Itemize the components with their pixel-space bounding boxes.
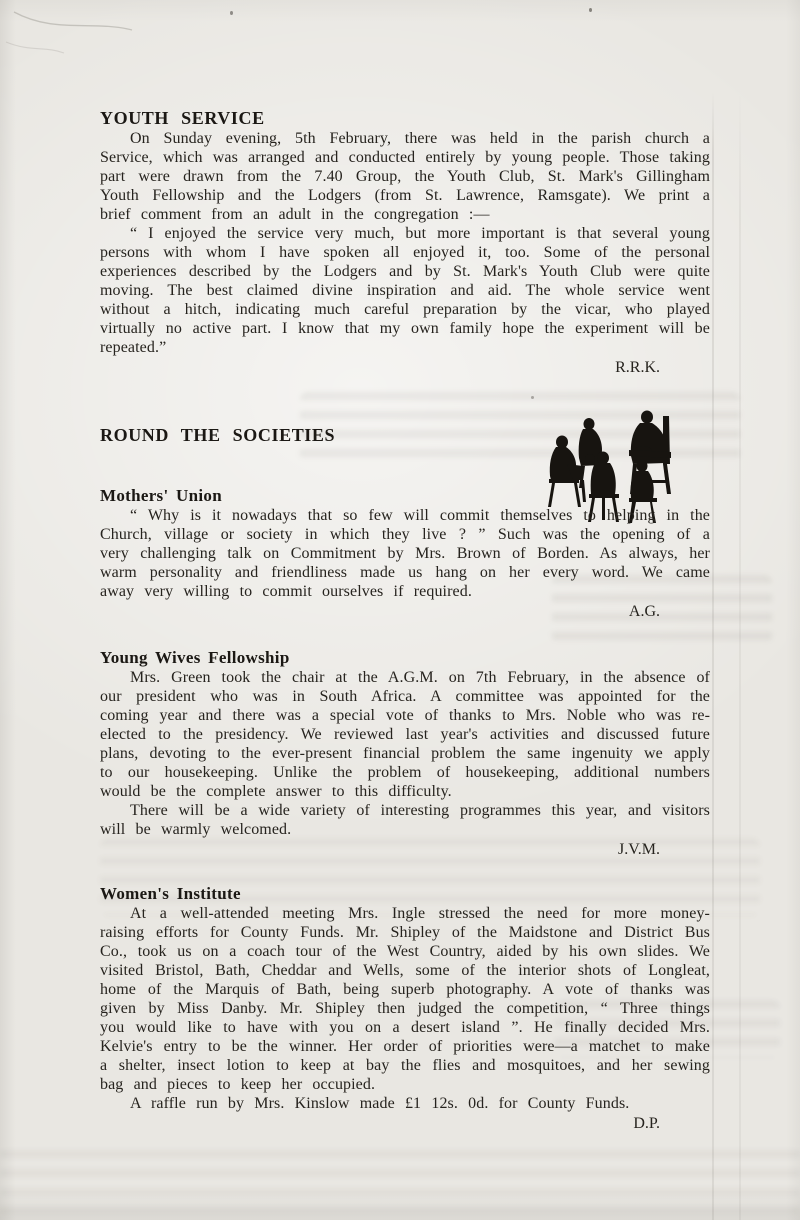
section-youth-service: YOUTH SERVICE On Sunday evening, 5th Feb… <box>100 108 710 377</box>
ink-speck <box>230 11 233 15</box>
ink-speck <box>589 8 592 12</box>
signature: D.P. <box>100 1115 710 1133</box>
signature: R.R.K. <box>100 359 710 377</box>
show-through-smudge <box>0 1150 800 1216</box>
section-heading: YOUTH SERVICE <box>100 108 710 129</box>
paragraph: “ I enjoyed the service very much, but m… <box>100 224 710 357</box>
section-heading: Young Wives Fellowship <box>100 648 710 668</box>
section-mothers-union: Mothers' Union “ Why is it nowadays that… <box>100 486 710 621</box>
paragraph: “ Why is it nowadays that so few will co… <box>100 506 710 601</box>
section-heading: Women's Institute <box>100 884 710 904</box>
page-fold-line <box>712 92 714 1220</box>
section-womens-institute: Women's Institute At a well-attended mee… <box>100 884 710 1133</box>
signature: J.V.M. <box>100 841 710 859</box>
pencil-scratch-mark <box>0 0 220 70</box>
ink-speck <box>531 396 534 399</box>
paragraph: At a well-attended meeting Mrs. Ingle st… <box>100 904 710 1094</box>
paragraph: There will be a wide variety of interest… <box>100 801 710 839</box>
section-young-wives-fellowship: Young Wives Fellowship Mrs. Green took t… <box>100 648 710 859</box>
page-fold-line <box>739 92 741 1220</box>
paragraph: A raffle run by Mrs. Kinslow made £1 12s… <box>100 1094 710 1113</box>
paragraph: Mrs. Green took the chair at the A.G.M. … <box>100 668 710 801</box>
signature: A.G. <box>100 603 710 621</box>
section-heading: Mothers' Union <box>100 486 710 506</box>
paragraph: On Sunday evening, 5th February, there w… <box>100 129 710 224</box>
magazine-page: YOUTH SERVICE On Sunday evening, 5th Feb… <box>0 0 800 1220</box>
